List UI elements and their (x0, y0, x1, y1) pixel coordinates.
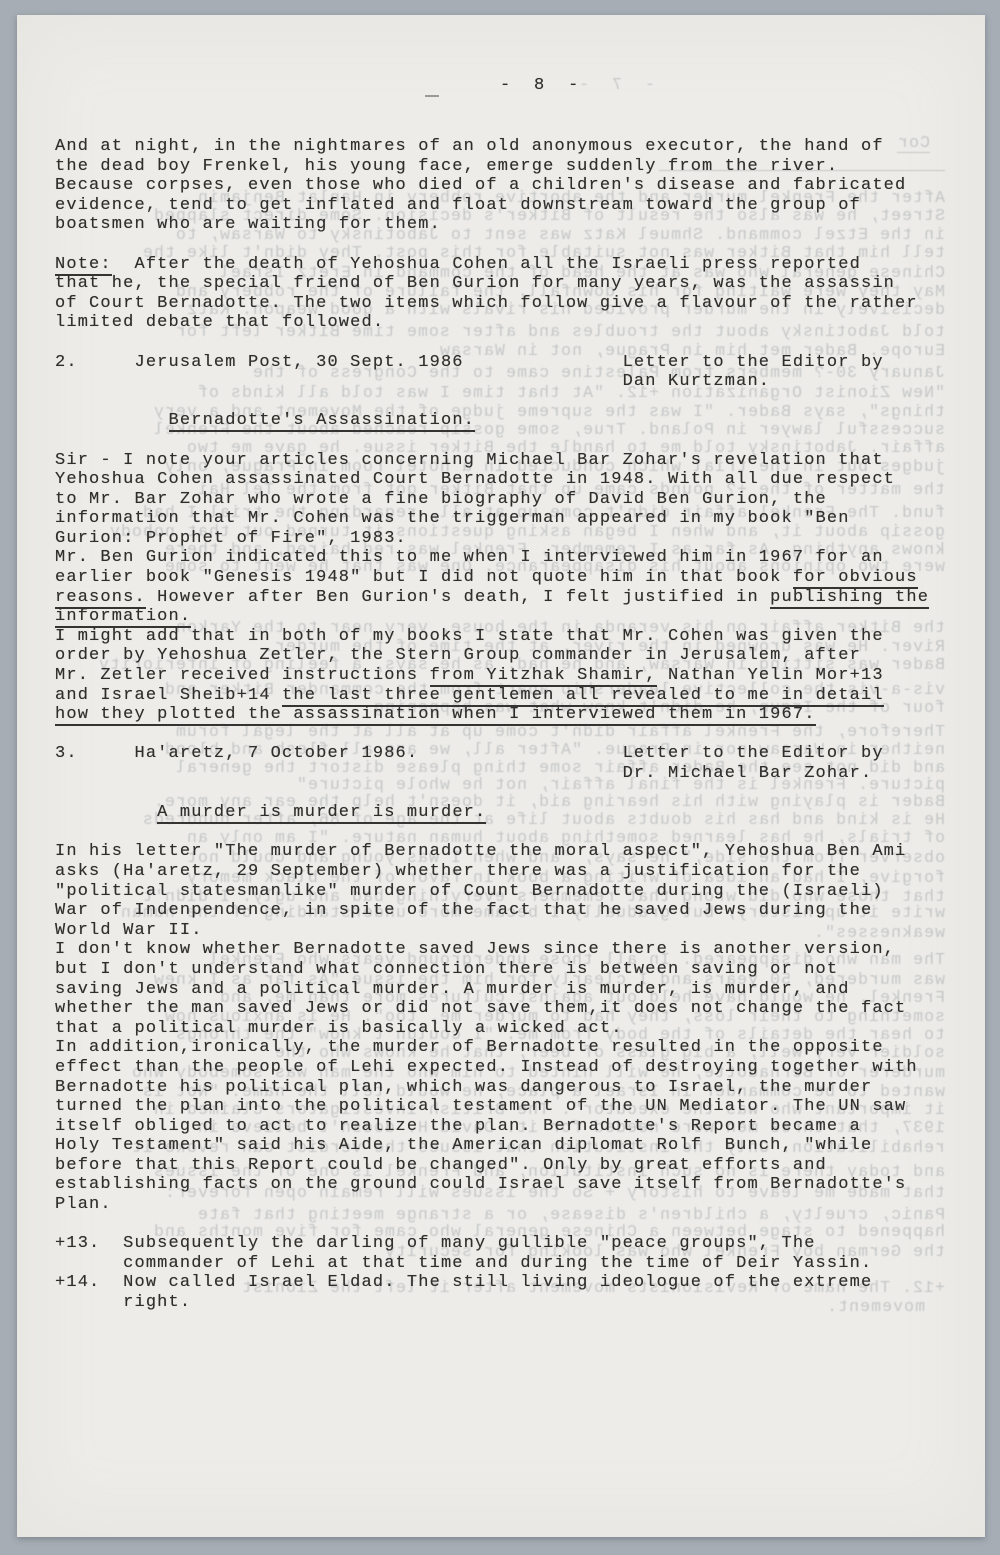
text-line: itself obliged to act to realize the pla… (55, 1117, 960, 1137)
plain-text: Because corpses, even those who died of … (55, 176, 906, 195)
scanned-page: - 7 -Cor After the Frenkel murder and th… (17, 15, 985, 1537)
plain-text: establishing facts on the ground could I… (55, 1175, 906, 1194)
text-line: that a political murder is basically a w… (55, 1019, 960, 1039)
text-line: to Mr. Bar Zohar who wrote a fine biogra… (55, 490, 960, 510)
plain-text: Dr. Michael Bar Zohar. (55, 764, 872, 783)
bleedthrough-line: - 7 - (578, 75, 655, 94)
text-line: turned the plan into the political testa… (55, 1097, 960, 1117)
plain-text: effect than the people of Lehi expected.… (55, 1058, 918, 1077)
text-line: Note: After the death of Yehoshua Cohen … (55, 255, 960, 275)
plain-text: Nathan Yelin Mor+13 (657, 666, 884, 685)
blank-line (55, 235, 960, 255)
text-line: effect than the people of Lehi expected.… (55, 1058, 960, 1078)
plain-text: whether the man saved Jews or did not sa… (55, 999, 906, 1018)
underlined-text: for obvious (793, 568, 918, 589)
text-line: Holy Testament" said his Aide, the Ameri… (55, 1136, 960, 1156)
plain-text: before that this Report could be changed… (55, 1156, 827, 1175)
text-line: Gurion: Prophet of Fire", 1983. (55, 529, 960, 549)
text-line: before that this Report could be changed… (55, 1156, 960, 1176)
underlined-text: information. (55, 607, 191, 628)
plain-text: order by Yehoshua Zetler, the Stern Grou… (55, 646, 861, 665)
plain-text: Bernadotte his political plan, which was… (55, 1078, 872, 1097)
plain-text: turned the plan into the political testa… (55, 1097, 906, 1116)
text-line: Bernadotte his political plan, which was… (55, 1078, 960, 1098)
blank-line (55, 784, 960, 804)
text-line: In addition,ironically, the murder of Be… (55, 1038, 960, 1058)
text-line: evidence, tend to get inflated and float… (55, 196, 960, 216)
plain-text: I might add that in both of my books I s… (55, 627, 884, 646)
text-line: Yehoshua Cohen assassinated Court Bernad… (55, 470, 960, 490)
plain-text: Dan Kurtzman. (55, 372, 770, 391)
plain-text: 2. Jerusalem Post, 30 Sept. 1986 Letter … (55, 353, 884, 372)
text-line: Mr. Zetler received instructions from Yi… (55, 666, 960, 686)
text-line: And at night, in the nightmares of an ol… (55, 137, 960, 157)
plain-text: and Israel Sheib+14 (55, 686, 282, 705)
blank-line (55, 1215, 960, 1235)
scan-background: { "page": { "number_label": "- 8 -", "pa… (0, 0, 1000, 1555)
plain-text: commander of Lehi at that time and durin… (55, 1254, 872, 1273)
text-line: saving Jews and a political murder. A mu… (55, 980, 960, 1000)
plain-text: boatsmen who are waiting for them. (55, 215, 441, 234)
plain-text: saving Jews and a political murder. A mu… (55, 980, 850, 999)
text-line: order by Yehoshua Zetler, the Stern Grou… (55, 646, 960, 666)
plain-text: Yehoshua Cohen assassinated Court Bernad… (55, 470, 895, 489)
plain-text: itself obliged to act to realize the pla… (55, 1117, 861, 1136)
plain-text: Gurion: Prophet of Fire", 1983. (55, 529, 407, 548)
plain-text (55, 803, 157, 822)
plain-text: Mr. Ben Gurion indicated this to me when… (55, 548, 884, 567)
plain-text: Plan. (55, 1195, 112, 1214)
underlined-text: reasons. (55, 588, 146, 609)
underlined-text: publishing the (770, 588, 929, 609)
plain-text: 3. Ha'aretz, 7 October 1986. Letter to t… (55, 744, 884, 763)
underlined-text: how they plotted the assassination when … (55, 705, 816, 726)
text-line: establishing facts on the ground could I… (55, 1175, 960, 1195)
text-line: 2. Jerusalem Post, 30 Sept. 1986 Letter … (55, 353, 960, 373)
blank-line (55, 392, 960, 412)
text-line: Because corpses, even those who died of … (55, 176, 960, 196)
text-line: and Israel Sheib+14 the last three gentl… (55, 686, 960, 706)
plain-text: Sir - I note your articles concerning Mi… (55, 451, 884, 470)
document-text: And at night, in the nightmares of an ol… (55, 137, 960, 1313)
text-line: whether the man saved Jews or did not sa… (55, 999, 960, 1019)
text-line: World War II. (55, 921, 960, 941)
plain-text: Holy Testament" said his Aide, the Ameri… (55, 1136, 872, 1155)
plain-text: right. (55, 1293, 191, 1312)
text-line: boatsmen who are waiting for them. (55, 215, 960, 235)
text-line: commander of Lehi at that time and durin… (55, 1254, 960, 1274)
plain-text: +14. Now called Israel Eldad. The still … (55, 1273, 872, 1292)
text-line: Sir - I note your articles concerning Mi… (55, 451, 960, 471)
plain-text: of Court Bernadotte. The two items which… (55, 294, 918, 313)
blank-line (55, 333, 960, 353)
plain-text: +13. Subsequently the darling of many gu… (55, 1234, 816, 1253)
text-line: Mr. Ben Gurion indicated this to me when… (55, 548, 960, 568)
text-line: Dan Kurtzman. (55, 372, 960, 392)
plain-text: that he, the special friend of Ben Gurio… (55, 274, 895, 293)
text-line: limited debate that followed. (55, 313, 960, 333)
plain-text: In addition,ironically, the murder of Be… (55, 1038, 884, 1057)
underlined-text: Bernadotte's Assassination. (169, 411, 476, 432)
text-line: information that Mr. Cohen was the trigg… (55, 509, 960, 529)
text-line: War of Indenpendence, in spite of the fa… (55, 901, 960, 921)
plain-text: the dead boy Frenkel, his young face, em… (55, 157, 838, 176)
plain-text (55, 411, 169, 430)
text-line: I don't know whether Bernadotte saved Je… (55, 940, 960, 960)
text-line: "political statesmanlike" murder of Coun… (55, 882, 960, 902)
plain-text: "political statesmanlike" murder of Coun… (55, 882, 884, 901)
plain-text: evidence, tend to get inflated and float… (55, 196, 861, 215)
text-line: Bernadotte's Assassination. (55, 411, 960, 431)
text-line: +13. Subsequently the darling of many gu… (55, 1234, 960, 1254)
text-line: Plan. (55, 1195, 960, 1215)
blank-line (55, 725, 960, 745)
text-line: of Court Bernadotte. The two items which… (55, 294, 960, 314)
stray-ink-mark (425, 95, 439, 97)
underlined-text: the last three gentlemen all revealed to… (282, 686, 884, 707)
blank-line (55, 431, 960, 451)
plain-text: And at night, in the nightmares of an ol… (55, 137, 884, 156)
text-line: A murder is murder is murder. (55, 803, 960, 823)
plain-text: but I don't understand what connection t… (55, 960, 838, 979)
text-line: asks (Ha'aretz, 29 September) whether th… (55, 862, 960, 882)
text-line: the dead boy Frenkel, his young face, em… (55, 157, 960, 177)
plain-text: World War II. (55, 921, 203, 940)
plain-text: Mr. Zetler received instructions (55, 666, 430, 685)
plain-text: limited debate that followed. (55, 313, 384, 332)
text-line: earlier book "Genesis 1948" but I did no… (55, 568, 960, 588)
underlined-text: Note: (55, 255, 112, 276)
text-line: that he, the special friend of Ben Gurio… (55, 274, 960, 294)
plain-text: that a political murder is basically a w… (55, 1019, 623, 1038)
text-line: 3. Ha'aretz, 7 October 1986. Letter to t… (55, 744, 960, 764)
plain-text: In his letter "The murder of Bernadotte … (55, 842, 906, 861)
text-line: reasons. However after Ben Gurion's deat… (55, 588, 960, 608)
text-line: +14. Now called Israel Eldad. The still … (55, 1273, 960, 1293)
plain-text: After the death of Yehoshua Cohen all th… (112, 255, 861, 274)
text-line: how they plotted the assassination when … (55, 705, 960, 725)
plain-text: I don't know whether Bernadotte saved Je… (55, 940, 895, 959)
text-line: right. (55, 1293, 960, 1313)
underlined-text: from Yitzhak Shamir, (430, 666, 657, 687)
plain-text: However after Ben Gurion's death, I felt… (146, 588, 770, 607)
plain-text: information that Mr. Cohen was the trigg… (55, 509, 850, 528)
text-line: I might add that in both of my books I s… (55, 627, 960, 647)
page-number: - 8 - (500, 76, 579, 95)
plain-text: earlier book "Genesis 1948" but I did no… (55, 568, 793, 587)
underlined-text: A murder is murder is murder. (157, 803, 486, 824)
text-line: information. (55, 607, 960, 627)
text-line: In his letter "The murder of Bernadotte … (55, 842, 960, 862)
plain-text: to Mr. Bar Zohar who wrote a fine biogra… (55, 490, 827, 509)
text-line: but I don't understand what connection t… (55, 960, 960, 980)
plain-text: asks (Ha'aretz, 29 September) whether th… (55, 862, 861, 881)
plain-text: War of Indenpendence, in spite of the fa… (55, 901, 872, 920)
text-line: Dr. Michael Bar Zohar. (55, 764, 960, 784)
blank-line (55, 823, 960, 843)
